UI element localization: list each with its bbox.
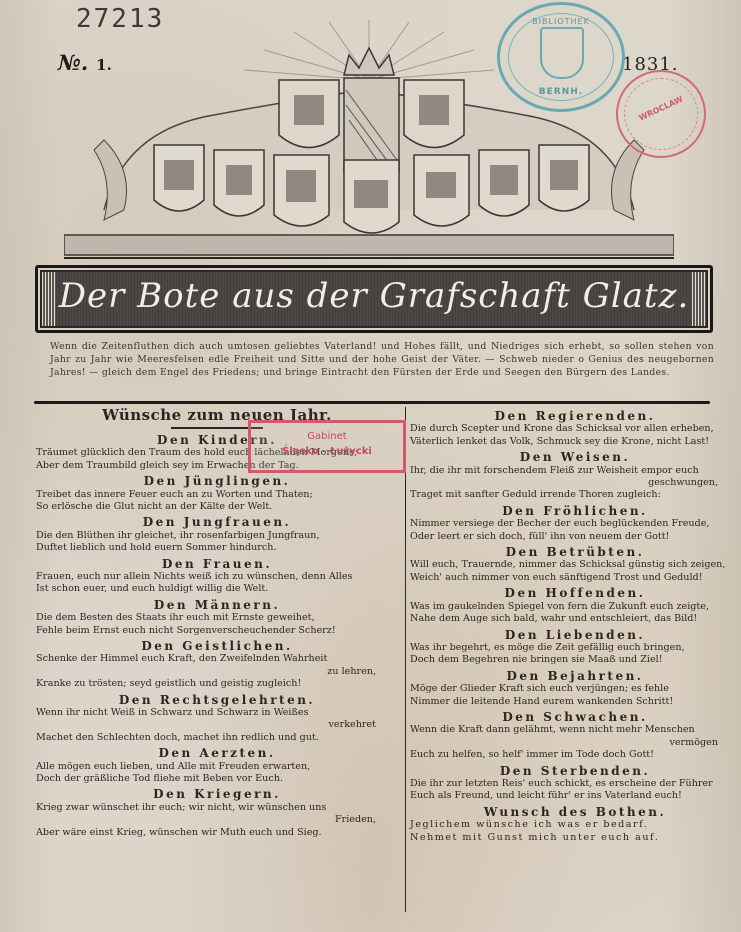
verse-heading: Den Frauen. [36, 558, 398, 570]
verse-heading: Den Geistlichen. [36, 640, 398, 652]
verse-block: Den Regierenden. Die durch Scepter und K… [410, 410, 740, 448]
verse-heading: Den Bejahrten. [410, 670, 740, 682]
verse-heading: Den Regierenden. [410, 410, 740, 422]
verse-block: Den Jungfrauen. Die den Blüthen ihr glei… [36, 516, 398, 554]
verse-heading: Den Rechtsgelehrten. [36, 694, 398, 706]
divider-rule [34, 401, 710, 404]
verse-block: Den Schwachen. Wenn die Kraft dann geläh… [410, 711, 740, 762]
verse-heading: Den Liebenden. [410, 629, 740, 641]
verse-block: Den Jünglingen. Treibet das innere Feuer… [36, 475, 398, 513]
verse-heading: Den Betrübten. [410, 546, 740, 558]
masthead-banner: Der Bote aus der Grafschaft Glatz. [35, 265, 713, 333]
verse-heading: Den Männern. [36, 599, 398, 611]
motto-paragraph: Wenn die Zeitenfluthen dich auch umtosen… [50, 340, 714, 379]
verse-heading: Den Hoffenden. [410, 587, 740, 599]
verse-block: Den Rechtsgelehrten. Wenn ihr nicht Weiß… [36, 694, 398, 745]
verse-block: Den Frauen. Frauen, euch nur allein Nich… [36, 558, 398, 596]
verse-heading: Den Fröhlichen. [410, 505, 740, 517]
verse-heading: Den Jünglingen. [36, 475, 398, 487]
verse-block: Den Aerzten. Alle mögen euch lieben, und… [36, 747, 398, 785]
verse-block: Den Liebenden. Was ihr begehrt, es möge … [410, 629, 740, 667]
verse-block: Wunsch des Bothen. Jeglichem wünsche ich… [410, 806, 740, 844]
verse-block: Den Männern. Die dem Besten des Staats i… [36, 599, 398, 637]
verse-heading: Den Schwachen. [410, 711, 740, 723]
verse-block: Den Weisen. Ihr, die ihr mit forschendem… [410, 451, 740, 502]
newspaper-title: Der Bote aus der Grafschaft Glatz. [38, 276, 710, 316]
library-stamp-blue: BIBLIOTHEK BERNH. [497, 2, 625, 112]
verse-block: Den Kriegern. Krieg zwar wünschet ihr eu… [36, 788, 398, 839]
right-column: Den Regierenden. Die durch Scepter und K… [410, 407, 740, 846]
verse-block: Den Betrübten. Will euch, Trauernde, nim… [410, 546, 740, 584]
library-stamp-red: WROCLAW [616, 70, 706, 158]
verse-block: Den Geistlichen. Schenke der Himmel euch… [36, 640, 398, 691]
verse-heading: Den Weisen. [410, 451, 740, 463]
verse-block: Den Fröhlichen. Nimmer versiege der Bech… [410, 505, 740, 543]
shield-icon [540, 27, 584, 79]
verse-block: Den Sterbenden. Die ihr zur letzten Reis… [410, 765, 740, 803]
collection-stamp: Gabinet Śląsko - Łużycki [248, 420, 406, 473]
column-divider [405, 407, 406, 912]
verse-heading: Wunsch des Bothen. [410, 806, 740, 818]
verse-block: Den Bejahrten. Möge der Glieder Kraft si… [410, 670, 740, 708]
verse-block: Den Hoffenden. Was im gaukelnden Spiegel… [410, 587, 740, 625]
verse-heading: Den Aerzten. [36, 747, 398, 759]
verse-heading: Den Kriegern. [36, 788, 398, 800]
verse-heading: Den Sterbenden. [410, 765, 740, 777]
verse-heading: Den Jungfrauen. [36, 516, 398, 528]
